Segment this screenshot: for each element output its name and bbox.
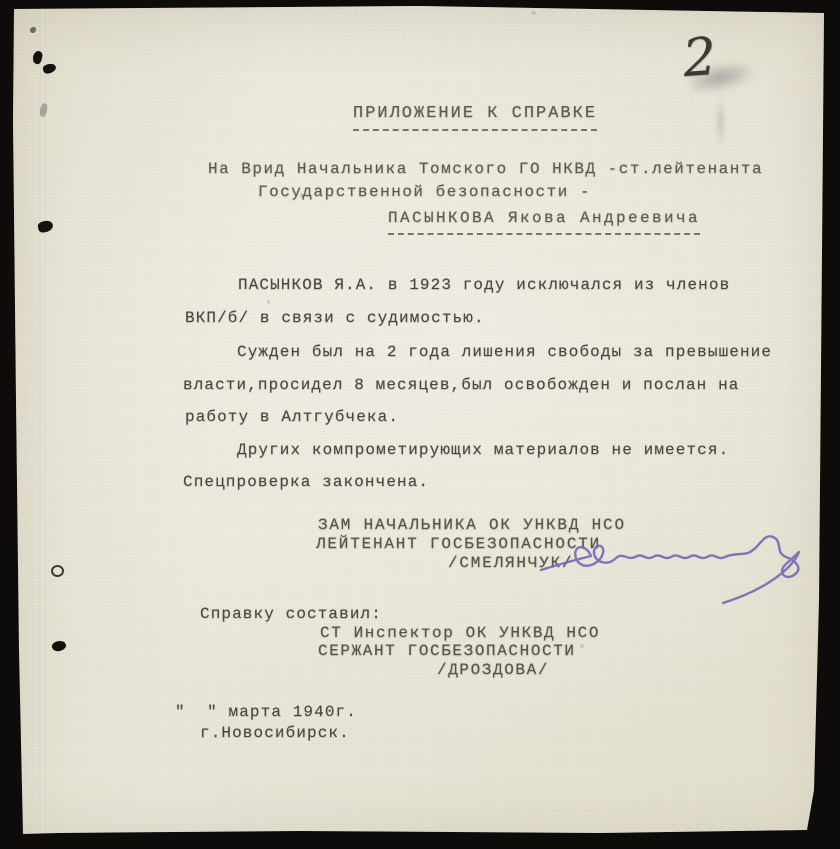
document-title: ПРИЛОЖЕНИЕ К СПРАВКЕ bbox=[353, 104, 597, 131]
punch-hole bbox=[30, 27, 36, 33]
paper-speck bbox=[267, 300, 270, 304]
scanned-document-background: 2 ПРИЛОЖЕНИЕ К СПРАВКЕ На Врид Начальник… bbox=[0, 0, 840, 849]
document-page: 2 ПРИЛОЖЕНИЕ К СПРАВКЕ На Врид Начальник… bbox=[0, 0, 840, 849]
punch-hole bbox=[39, 103, 48, 118]
paper-speck bbox=[531, 11, 536, 15]
compiler-name: /ДРОЗДОВА/ bbox=[437, 661, 549, 679]
addressee-line-1: На Врид Начальника Томского ГО НКВД -ст.… bbox=[208, 160, 763, 178]
document-date: " " марта 1940г. bbox=[175, 703, 357, 721]
body-paragraph-3-line-2: Спецпроверка закончена. bbox=[183, 473, 429, 491]
addressee-name: ПАСЫНКОВА Якова Андреевича bbox=[388, 209, 700, 235]
body-paragraph-1-line-1: ПАСЫНКОВ Я.А. в 1923 году исключался из … bbox=[238, 276, 730, 294]
body-paragraph-2-line-3: работу в Алтгубчека. bbox=[185, 408, 399, 426]
punch-hole bbox=[51, 639, 68, 653]
paper-speck bbox=[580, 644, 584, 648]
punch-hole bbox=[51, 565, 64, 577]
ink-smudge bbox=[716, 98, 725, 146]
addressee-line-2: Государственной безопасности - bbox=[258, 183, 591, 201]
document-city: г.Новосибирск. bbox=[200, 724, 350, 742]
compiler-position-line-1: СТ Инспектор ОК УНКВД НСО bbox=[320, 624, 600, 642]
body-paragraph-2-line-1: Сужден был на 2 года лишения свободы за … bbox=[237, 343, 772, 361]
paper-fold-crease bbox=[40, 0, 44, 849]
compiler-position-line-2: СЕРЖАНТ ГОСБЕЗОПАСНОСТИ bbox=[318, 642, 576, 660]
punch-hole bbox=[42, 62, 57, 75]
handwritten-page-number: 2 bbox=[681, 27, 718, 89]
compiler-label: Справку составил: bbox=[200, 605, 382, 623]
body-paragraph-2-line-2: власти,просидел 8 месяцев,был освобожден… bbox=[183, 376, 739, 394]
handwritten-signature bbox=[535, 508, 835, 623]
punch-hole bbox=[37, 220, 54, 234]
body-paragraph-1-line-2: ВКП/б/ в связи с судимостью. bbox=[185, 309, 485, 327]
body-paragraph-3-line-1: Других компрометирующих материалов не им… bbox=[237, 441, 729, 459]
